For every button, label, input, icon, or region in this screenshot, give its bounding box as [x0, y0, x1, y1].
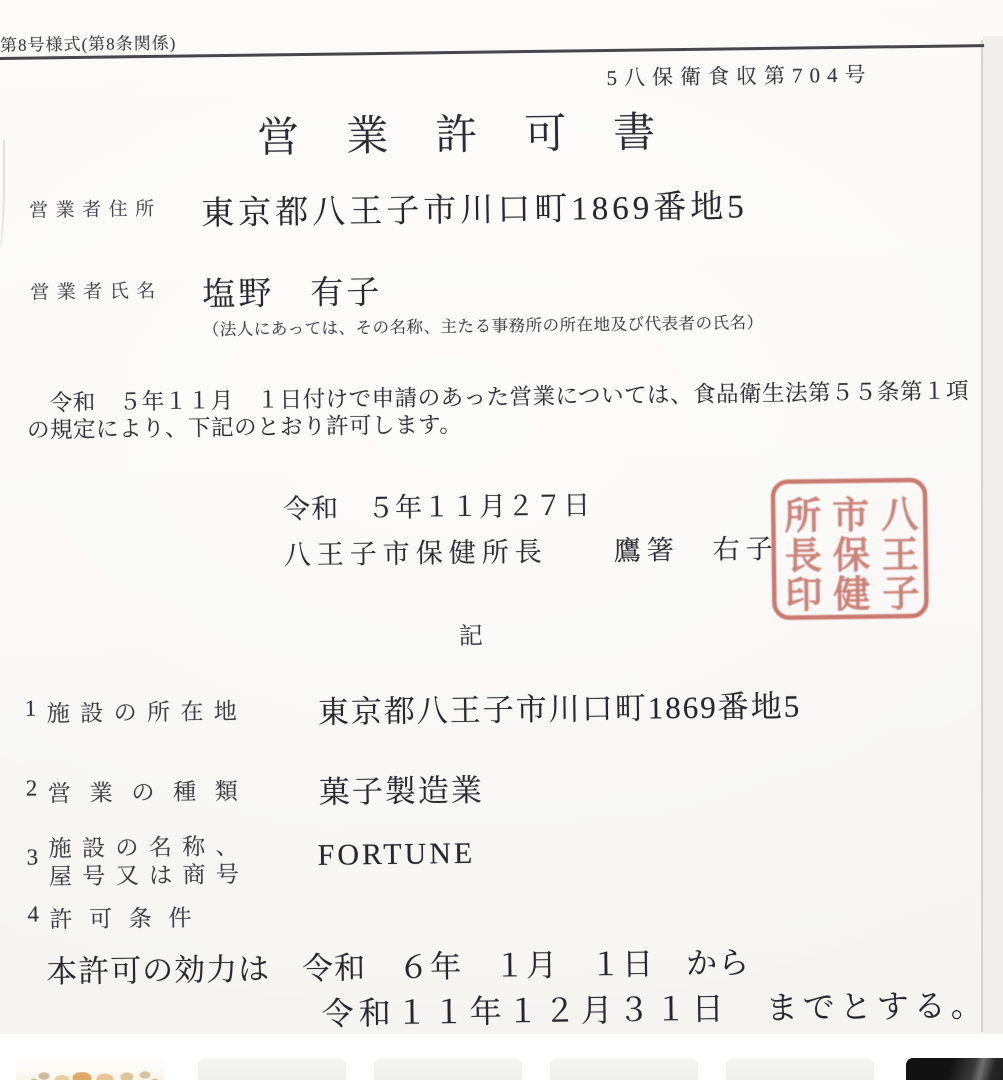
seal-char: 保	[833, 535, 871, 577]
thumbnail-strip	[0, 1034, 1003, 1080]
seal-char: 王	[882, 535, 920, 576]
item-3-label-line-2: 屋号又は商号	[49, 856, 239, 891]
item-1-value: 東京都八王子市川口町1869番地5	[317, 681, 801, 732]
seal-char: 市	[832, 495, 870, 537]
issue-date: 令和 ５年１１月２７日	[283, 483, 591, 526]
item-2-number: 2	[26, 776, 38, 802]
item-2-value: 菓子製造業	[319, 765, 485, 812]
seal-char: 子	[882, 574, 920, 615]
seal-char: 印	[785, 574, 823, 616]
item-1-number: 1	[25, 696, 37, 722]
item-2-label: 営業の種類	[48, 773, 238, 808]
photo-thumbnail-3[interactable]	[374, 1058, 522, 1080]
photo-thumbnail-4[interactable]	[550, 1058, 698, 1080]
photo-thumbnail-6[interactable]	[906, 1058, 1003, 1080]
photo-thumbnail-2[interactable]	[198, 1058, 346, 1080]
form-label: 第8号様式(第8条関係)	[0, 29, 177, 56]
main-photo[interactable]: 第8号様式(第8条関係) 5八保衛食収第704号 営業許可書 営業者住所 東京都…	[0, 0, 1003, 1034]
application-paragraph-line-2: の規定により、下記のとおり許可します。	[27, 407, 463, 445]
photo-thumbnail-1[interactable]	[16, 1058, 164, 1080]
item-3-number: 3	[27, 845, 39, 871]
operator-address-value: 東京都八王子市川口町1869番地5	[201, 180, 748, 234]
seal-char: 健	[833, 574, 871, 616]
validity-line-2: 令和１１年１２月３１日 までとする。	[321, 980, 988, 1034]
section-marker-ki: 記	[459, 616, 485, 651]
seal-char: 長	[785, 535, 823, 577]
official-seal-stamp: 八 王 子 市 保 健 所 長 印	[768, 475, 932, 623]
issuer-line: 八王子市保健所長 鷹箸 右子	[283, 527, 778, 572]
permit-document: 第8号様式(第8条関係) 5八保衛食収第704号 営業許可書 営業者住所 東京都…	[0, 0, 1003, 1034]
item-1-label: 施設の所在地	[47, 693, 237, 728]
operator-address-label: 営業者住所	[29, 194, 162, 223]
operator-name-label: 営業者氏名	[30, 276, 163, 305]
item-3-value: FORTUNE	[317, 837, 475, 873]
seal-char: 所	[784, 495, 822, 537]
document-number: 5八保衛食収第704号	[606, 59, 872, 92]
photo-thumbnail-5[interactable]	[726, 1058, 874, 1080]
item-4-number: 4	[27, 902, 39, 928]
item-4-label: 許可条件	[49, 900, 191, 935]
seal-char: 八	[881, 495, 919, 536]
permit-title: 営業許可書	[257, 99, 703, 165]
validity-line-1: 本許可の効力は 令和 ６年 １月 １日 から	[46, 937, 751, 991]
operator-name-value: 塩野 有子	[202, 266, 383, 315]
screenshot-root: 第8号様式(第8条関係) 5八保衛食収第704号 営業許可書 営業者住所 東京都…	[0, 0, 1003, 1080]
